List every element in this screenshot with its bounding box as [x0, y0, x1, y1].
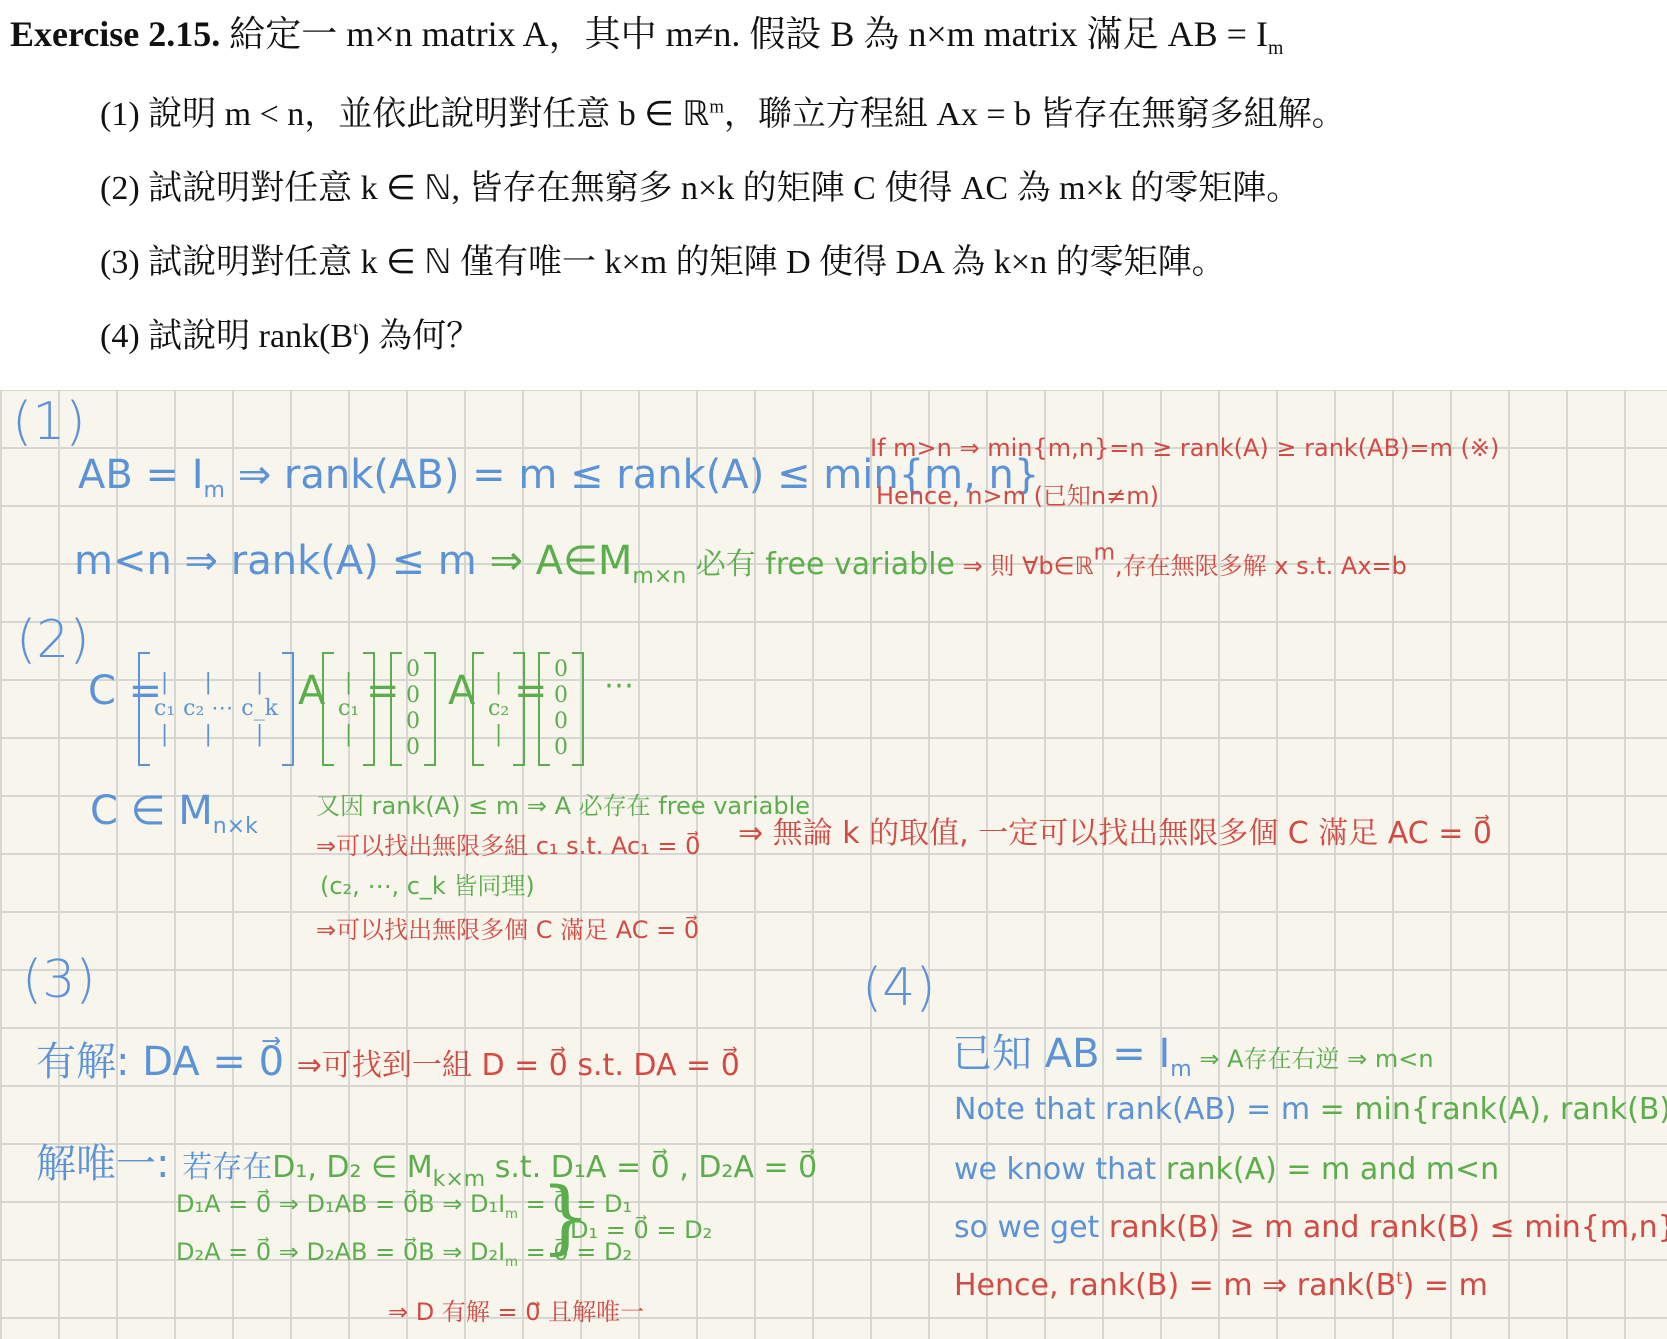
- part1-label: (1): [12, 392, 86, 452]
- part4-line3: we know that rank(A) = m and m<n: [954, 1152, 1499, 1187]
- part2-green-note-2: (c₂, ⋯, c_k 皆同理): [320, 866, 535, 901]
- part3-brace-result: D₁ = 0⃗ = D₂: [570, 1216, 712, 1244]
- part2-green-note: 又因 rank(A) ≤ m ⇒ A 必存在 free variable: [316, 786, 810, 821]
- part3-label: (3): [22, 950, 96, 1010]
- part4-line4: so we get rank(B) ≥ m and rank(B) ≤ min{…: [954, 1210, 1667, 1245]
- part2-red-note-1: ⇒可以找出無限多組 c₁ s.t. Ac₁ = 0⃗: [316, 826, 700, 861]
- part4-line5: Hence, rank(B) = m ⇒ rank(Bt) = m: [954, 1268, 1488, 1303]
- part1-side-note-1: If m>n ⇒ min{m,n}=n ≥ rank(A) ≥ rank(AB)…: [870, 434, 1499, 462]
- exercise-label: Exercise 2.15.: [10, 14, 220, 54]
- zero-vector-1: 0000: [390, 652, 436, 766]
- ellipsis: ⋯: [604, 668, 634, 703]
- c-membership: C ∈ Mn×k: [90, 788, 258, 839]
- part2-conclusion: ⇒ 無論 k 的取值, 一定可以找出無限多個 C 滿足 AC = 0⃗: [738, 808, 1492, 852]
- part2-label: (2): [16, 610, 90, 670]
- question-2: (2) 試說明對任意 k ∈ ℕ, 皆存在無窮多 n×k 的矩陣 C 使得 AC…: [100, 160, 1300, 209]
- part2-red-note-2: ⇒可以找出無限多個 C 滿足 AC = 0⃗: [316, 910, 699, 945]
- grid-paper-notes: (1) AB = Im ⇒ rank(AB) = m ≤ rank(A) ≤ m…: [0, 390, 1667, 1339]
- question-3: (3) 試說明對任意 k ∈ ℕ 僅有唯一 k×m 的矩陣 D 使得 DA 為 …: [100, 234, 1226, 283]
- exercise-statement: 給定一 m×n matrix A，其中 m≠n. 假設 B 為 n×m matr…: [229, 14, 1268, 54]
- question-4: (4) 試說明 rank(Bt) 為何？: [100, 308, 480, 357]
- part1-line2: m<n ⇒ rank(A) ≤ m ⇒ A∈Mm×n 必有 free varia…: [74, 538, 1407, 589]
- c-column-matrix: |c₁| |c₂ ⋯| |c_k|: [138, 652, 294, 766]
- part3-existence: 有解: DA = 0⃗ ⇒可找到一組 D = 0⃗ s.t. DA = 0⃗: [36, 1030, 740, 1087]
- part4-line2: Note that rank(AB) = m = min{rank(A), ra…: [954, 1092, 1667, 1127]
- part3-final: ⇒ D 有解 = 0⃗ 且解唯一: [388, 1292, 644, 1327]
- part4-label: (4): [862, 958, 936, 1018]
- zero-vector-2: 0000: [538, 652, 584, 766]
- exercise-title: Exercise 2.15. 給定一 m×n matrix A，其中 m≠n. …: [10, 6, 1283, 60]
- question-1: (1) 說明 m < n，並依此說明對任意 b ∈ ℝm，聯立方程組 Ax = …: [100, 86, 1346, 135]
- exercise-header: Exercise 2.15. 給定一 m×n matrix A，其中 m≠n. …: [0, 0, 1667, 390]
- part1-side-note-2: Hence, n>m (已知n≠m): [876, 476, 1159, 511]
- part4-line1: 已知 AB = Im ⇒ A存在右逆 ⇒ m<n: [952, 1022, 1434, 1082]
- part3-uniqueness: 解唯一: 若存在D₁, D₂ ∈ Mk×m s.t. D₁A = 0⃗ , D₂…: [36, 1132, 817, 1192]
